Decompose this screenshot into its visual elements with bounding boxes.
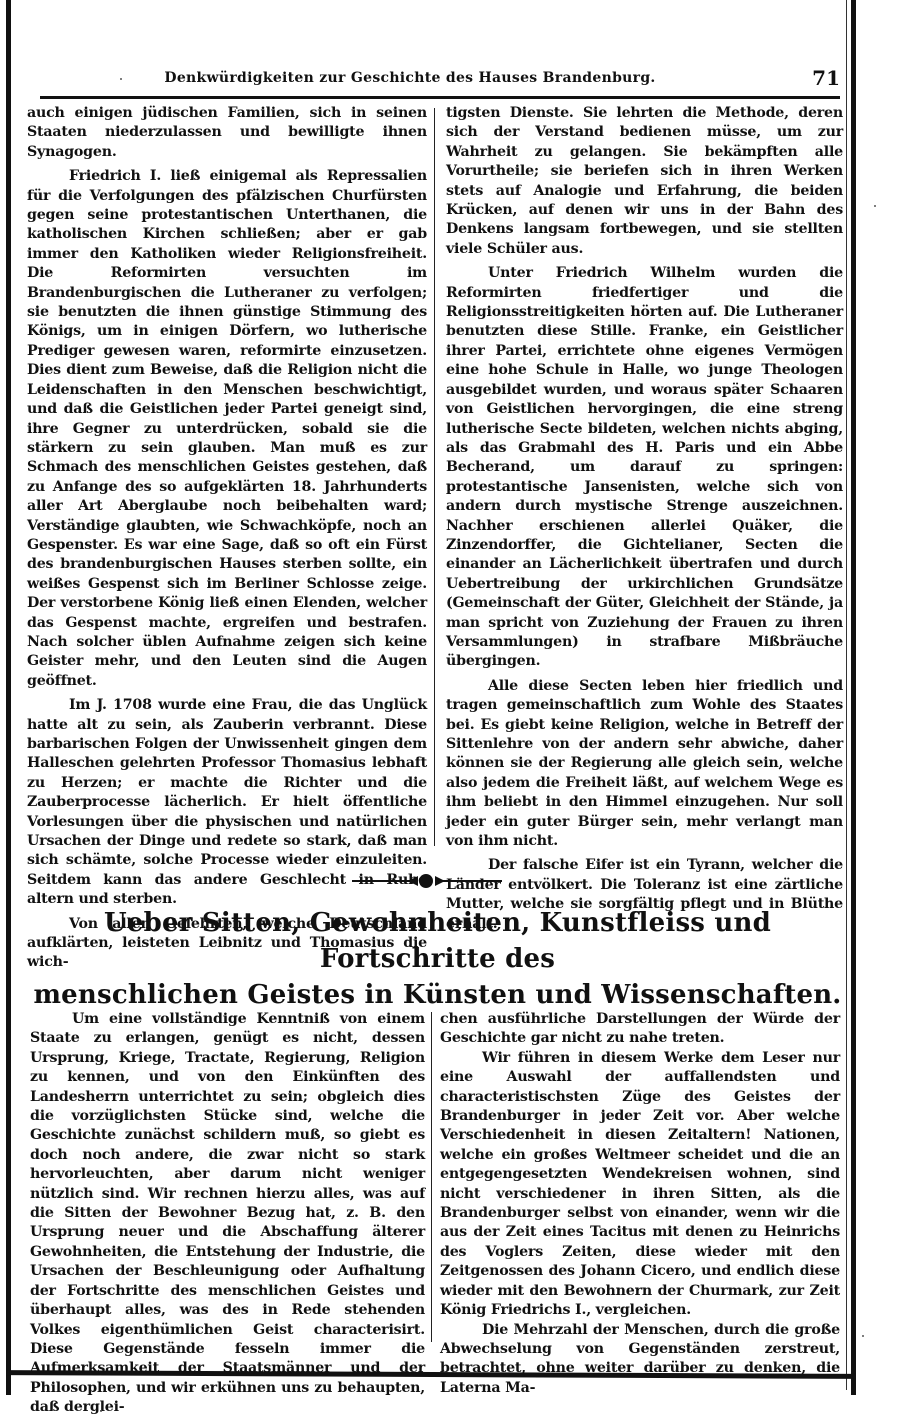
paragraph: Die Mehrzahl der Menschen, durch die gro… (440, 1321, 840, 1399)
running-head-title: Denkwürdigkeiten zur Geschichte des Haus… (40, 70, 780, 86)
print-speck (862, 1335, 864, 1337)
column-divider (431, 1012, 432, 1342)
header-rule (40, 96, 840, 99)
running-head: Denkwürdigkeiten zur Geschichte des Haus… (40, 70, 840, 94)
section-heading: Ueber Sitten, Gewohnheiten, Kunstfleiss … (30, 905, 845, 1013)
paragraph: Alle diese Secten leben hier friedlich u… (446, 677, 843, 852)
section-heading-line-1: Ueber Sitten, Gewohnheiten, Kunstfleiss … (30, 905, 845, 977)
paragraph: Um eine vollständige Kenntniß von einem … (30, 1010, 425, 1417)
page-number: 71 (812, 66, 840, 90)
print-speck (120, 78, 122, 80)
column-divider (434, 108, 435, 846)
page-frame-right-inner-border (846, 0, 847, 1390)
document-page: Denkwürdigkeiten zur Geschichte des Haus… (0, 0, 900, 1417)
print-speck (100, 1410, 102, 1412)
decorative-divider-ornament-icon (352, 873, 502, 889)
bottom-left-column: Um eine vollständige Kenntniß von einem … (30, 1010, 425, 1417)
page-frame-left-border (6, 0, 11, 1395)
section-heading-line-2: menschlichen Geistes in Künsten und Wiss… (30, 977, 845, 1013)
print-speck (874, 205, 876, 207)
bottom-right-column: chen ausführliche Darstellungen der Würd… (440, 1010, 840, 1398)
paragraph: Unter Friedrich Wilhelm wurden die Refor… (446, 264, 843, 672)
paragraph: tigsten Dienste. Sie lehrten die Methode… (446, 104, 843, 259)
paragraph: Friedrich I. ließ einigemal als Repressa… (27, 167, 427, 691)
paragraph: auch einigen jüdischen Familien, sich in… (27, 104, 427, 162)
paragraph: Wir führen in diesem Werke dem Leser nur… (440, 1049, 840, 1321)
paragraph: chen ausführliche Darstellungen der Würd… (440, 1010, 840, 1049)
top-right-column: tigsten Dienste. Sie lehrten die Methode… (446, 104, 843, 934)
page-frame-right-border (851, 0, 856, 1395)
top-left-column: auch einigen jüdischen Familien, sich in… (27, 104, 427, 973)
